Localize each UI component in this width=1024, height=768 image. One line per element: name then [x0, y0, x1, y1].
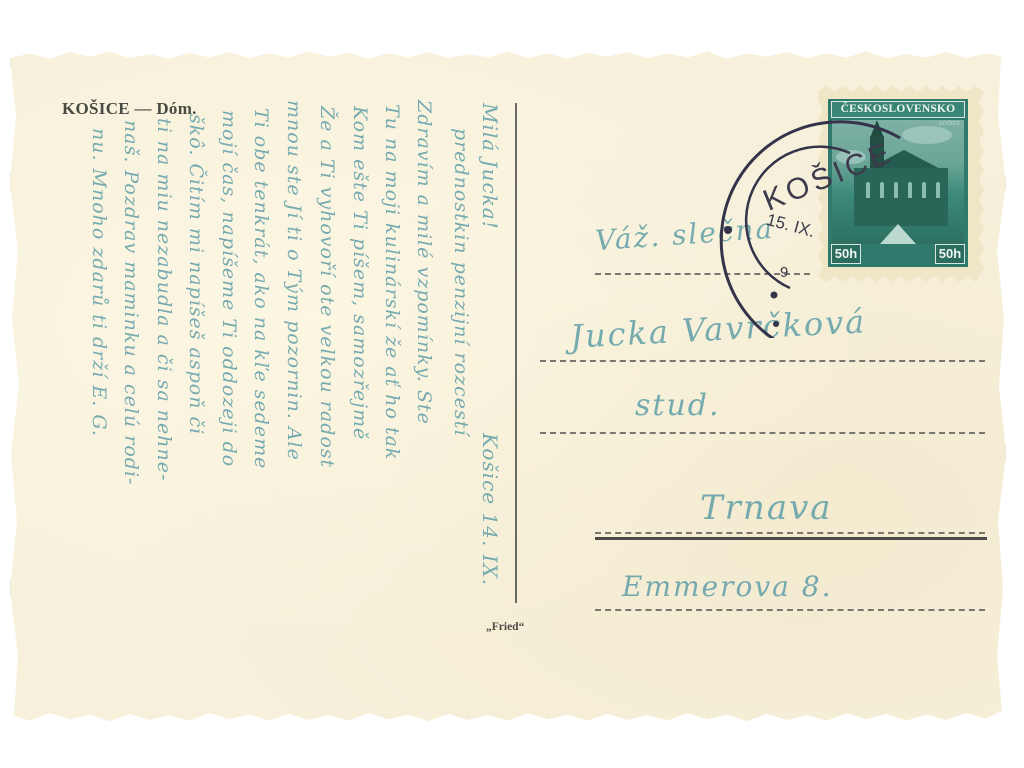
address-line-5	[595, 609, 985, 611]
message-line: naš. Pozdrav maminku a celú rodi-	[120, 120, 142, 485]
address-title: stud.	[635, 388, 721, 423]
message-line: Kom ešte Ti píšem, samozřejmě	[349, 106, 371, 440]
message-line: ti na miu nezabudla a či sa nehne-	[153, 118, 175, 481]
cathedral-illustration	[832, 120, 964, 244]
address-line-3	[540, 432, 985, 434]
address-line-1	[595, 273, 810, 275]
vertical-divider	[515, 103, 517, 603]
postcard: KOŠICE — Dóm. „Fried“ Milá Jucka! predno…	[10, 48, 1006, 724]
message-line: Tu na moji kulinárskí že ať ho tak	[381, 104, 403, 460]
address-name: Jucka Vavrčková	[569, 302, 867, 355]
postage-stamp: ČESKOSLOVENSKO KOŠICE 50h 50h	[818, 86, 984, 282]
address-town: Trnava	[700, 488, 833, 528]
stamp-country: ČESKOSLOVENSKO	[831, 101, 965, 118]
stamp-city: KOŠICE	[939, 121, 960, 127]
address-underline-town	[595, 537, 987, 540]
publisher-mark: „Fried“	[486, 621, 524, 633]
message-line: mnou ste Jí ti o Tým pozornin. Ale	[283, 100, 305, 461]
message-line: prednostkin penzijní rozcestí	[450, 128, 472, 436]
message-line: Že a Ti vyhovoří ote velkou radost	[316, 106, 338, 468]
message-line: Zdravím a milé vzpomínky. Ste	[413, 100, 435, 425]
address-line-4	[595, 532, 985, 534]
message-line: škô. Čitím mi napíšeš aspoň či	[185, 114, 207, 435]
message-date: Košice 14. IX.	[478, 433, 502, 586]
message-line: Milá Jucka!	[478, 103, 502, 230]
postcard-title: KOŠICE — Dóm.	[62, 99, 197, 119]
address-salutation: Váž. slečna	[594, 212, 775, 257]
address-line-2	[540, 360, 985, 362]
message-line: nu. Mnoho zdarů ti drží E. G.	[88, 128, 110, 437]
stamp-value-right: 50h	[935, 244, 965, 264]
message-line: mojí čas, napíšeme Ti oddozeji do	[218, 110, 240, 467]
stamp-value-left: 50h	[831, 244, 861, 264]
message-line: Ti obe tenkrát, ako na kľe sedeme	[250, 108, 272, 469]
address-street: Emmerova 8.	[622, 570, 832, 603]
